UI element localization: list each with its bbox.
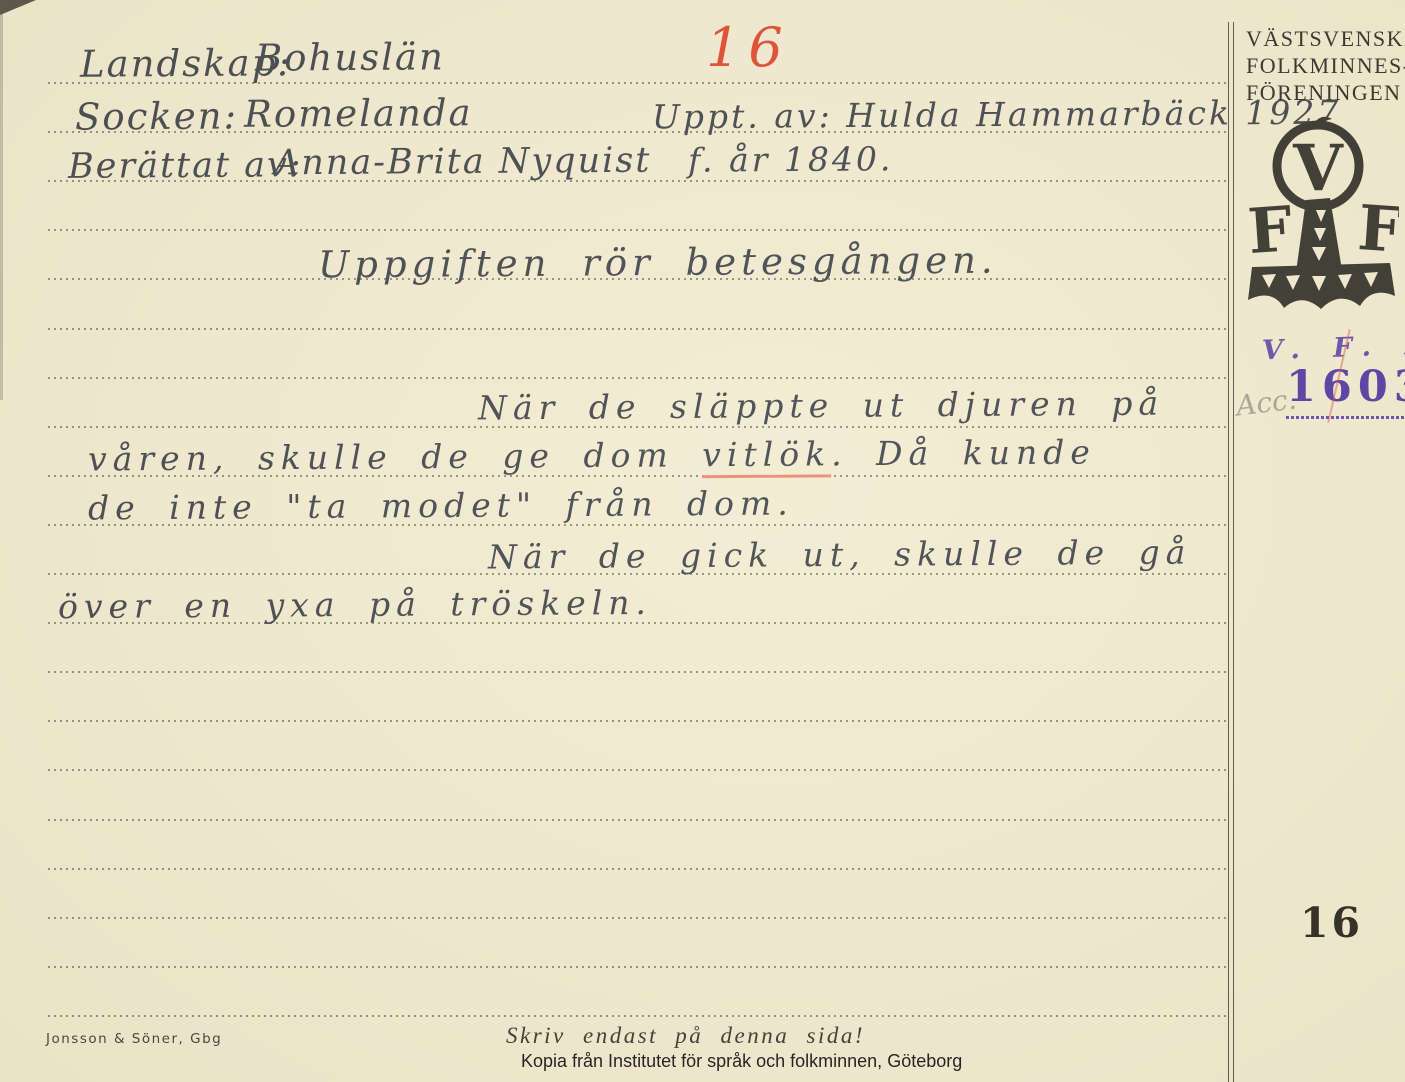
field-label-berattat-av: Berättat av: [68,145,303,187]
margin-separator-line [1228,22,1234,1082]
born-year-line: f. år 1840. [688,139,894,179]
vff-thors-hammer-logo: V F F [1244,110,1399,325]
vff-purple-stamp: V. F. F. [1262,329,1405,367]
logo-letter-f-right: F [1356,191,1399,267]
folklore-record-card: Landskap: Bohuslän Socken: Romelanda Ber… [0,0,1405,1082]
write-only-instruction: Skriv endast på denna sida! [506,1023,865,1049]
scan-edge-shadow [0,0,3,400]
body-p1-line1: När de släppte ut djuren på [478,384,1164,428]
org-name-line1: VÄSTSVENSKA [1246,26,1405,52]
org-name-line2: FOLKMINNES- [1246,53,1405,79]
recorded-by-line: Uppt. av: Hulda Hammarbäck 1927 [652,93,1342,137]
ruled-line [48,917,1226,919]
body-p2-line2: över en yxa på tröskeln. [58,583,652,626]
body-p1-line2-pre: våren, skulle de ge dom [88,435,702,478]
red-page-number: 16 [706,16,791,79]
ruled-line [48,229,1226,231]
accession-underline [1286,416,1404,419]
record-heading: Uppgiften rör betesgången. [318,239,998,287]
ruled-line [48,819,1226,821]
ruled-line [48,671,1226,673]
logo-letter-v: V [1292,131,1344,206]
logo-hammer-head [1248,263,1395,309]
ruled-line [48,377,1226,379]
ruled-line [48,1015,1226,1017]
body-p1-line2-post: . Då kunde [831,432,1096,473]
ruled-line [48,966,1226,968]
archive-copy-note: Kopia från Institutet för språk och folk… [521,1051,962,1072]
field-value-berattat-av: Anna-Brita Nyquist [274,141,652,184]
field-label-socken: Socken: [75,94,238,138]
body-p1-line2: våren, skulle de ge dom vitlök. Då kunde [88,432,1096,478]
body-p2-line1: När de gick ut, skulle de gå [488,533,1192,577]
ruled-line [48,868,1226,870]
ruled-line [48,328,1226,330]
body-p1-line3: de inte "ta modet" från dom. [88,484,794,528]
ruled-line [48,769,1226,771]
field-value-socken: Romelanda [244,91,473,136]
black-page-number-stamp: 16 [1300,899,1363,947]
accession-number-stamp: 1603 [1286,362,1405,412]
field-value-landskap: Bohuslän [255,35,445,79]
printer-imprint: Jonsson & Söner, Gbg [46,1031,222,1047]
scan-corner-artifact [0,0,36,15]
org-name-line3: FÖRENINGEN [1246,80,1402,106]
ruled-line [48,720,1226,722]
body-p1-line2-underlined-word: vitlök [702,434,831,478]
logo-letter-f-left: F [1246,192,1295,268]
